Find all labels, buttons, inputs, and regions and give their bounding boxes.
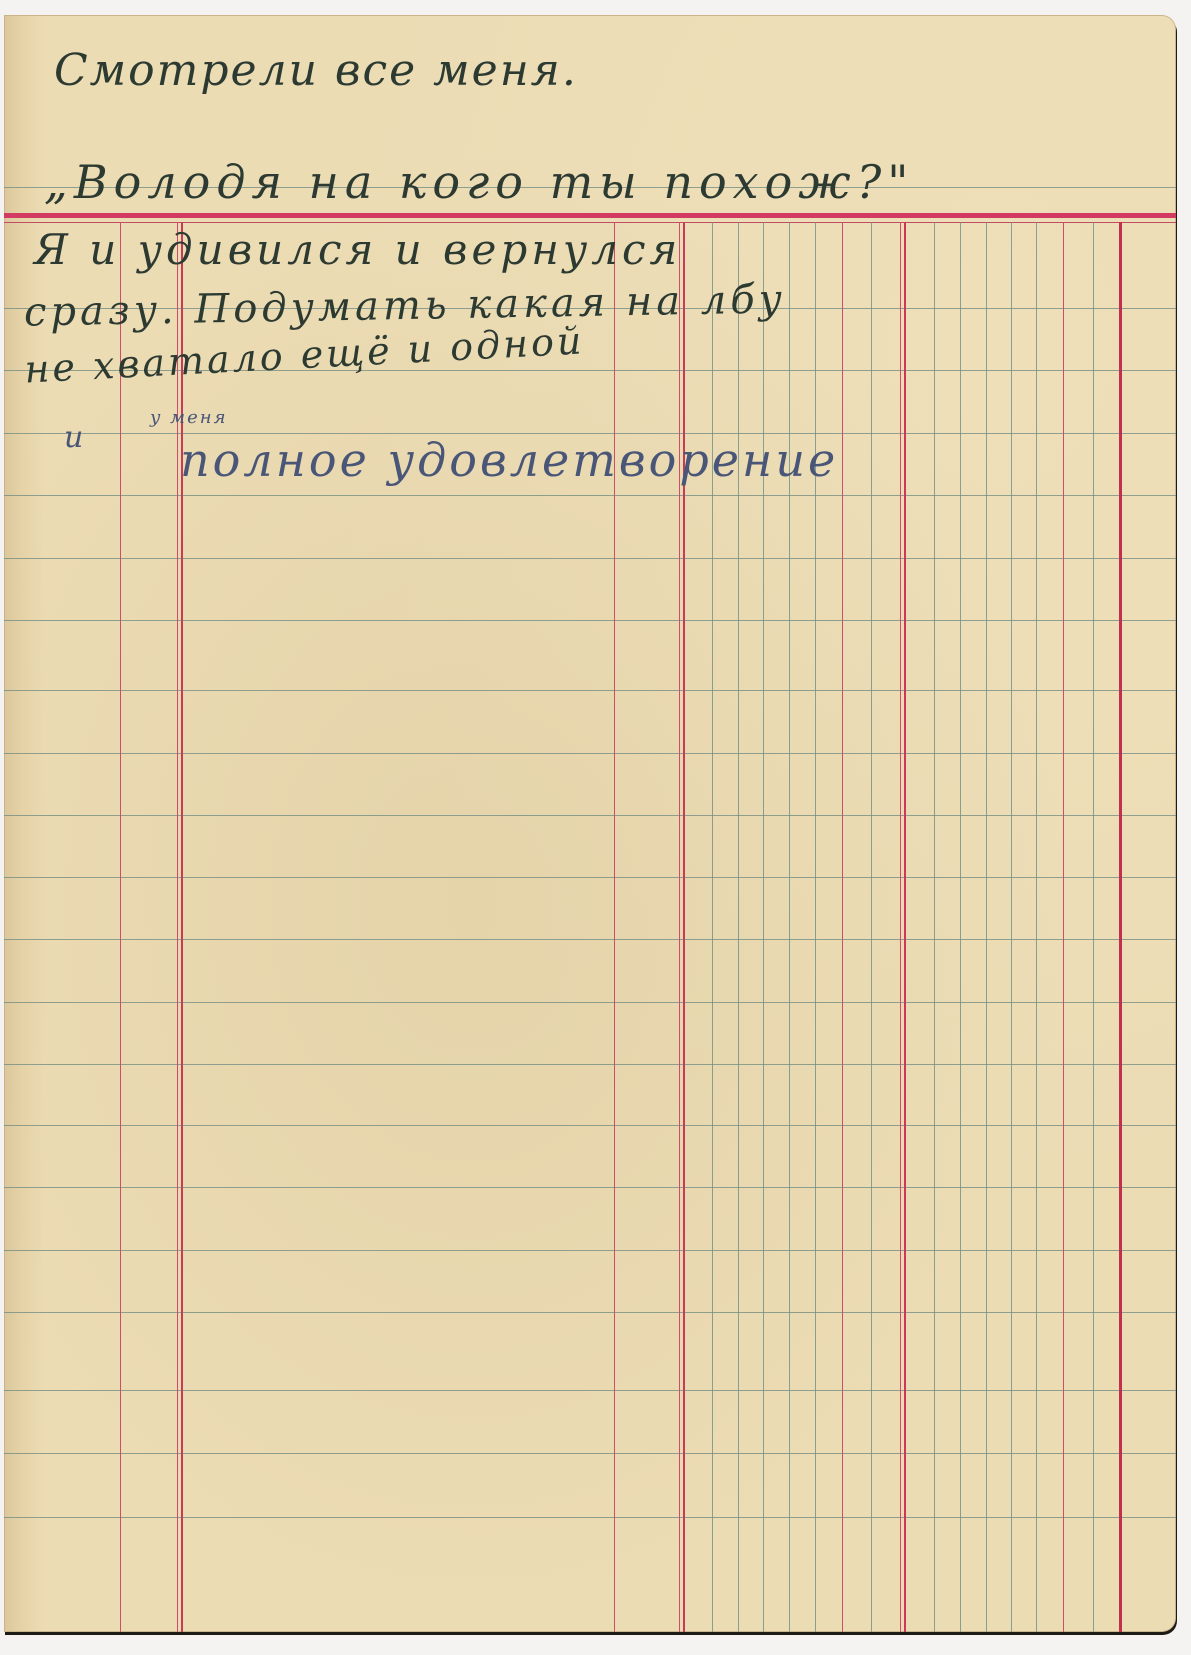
- column-line: [1093, 222, 1094, 1632]
- column-line: [986, 222, 987, 1632]
- handwritten-line-1: Смотрели все меня.: [54, 45, 578, 96]
- pencil-superscript: у меня: [150, 407, 228, 428]
- column-line: [1036, 222, 1037, 1632]
- column-line: [1063, 222, 1064, 1632]
- ledger-page: Смотрели все меня. „Володя на кого ты по…: [4, 15, 1176, 1632]
- column-line: [960, 222, 961, 1632]
- column-line: [934, 222, 935, 1632]
- column-line: [177, 222, 178, 1632]
- column-line: [1119, 222, 1122, 1632]
- handwritten-line-3: Я и удивился и вернулся: [34, 225, 681, 274]
- header-red-rule: [4, 213, 1176, 218]
- column-line: [120, 222, 121, 1632]
- column-line: [904, 222, 906, 1632]
- handwritten-line-6: полное удовлетворение: [180, 433, 838, 487]
- pencil-prefix: и: [64, 420, 85, 455]
- column-line: [842, 222, 843, 1632]
- handwritten-line-2: „Володя на кого ты похож?": [44, 155, 914, 209]
- column-line: [900, 222, 901, 1632]
- column-line: [1011, 222, 1012, 1632]
- column-line: [871, 222, 872, 1632]
